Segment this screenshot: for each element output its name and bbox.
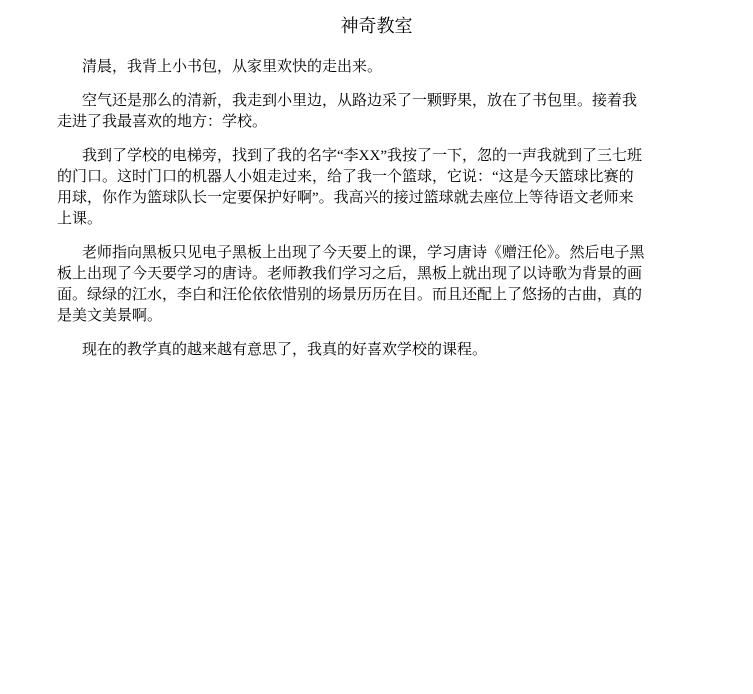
paragraph: 清晨，我背上小书包，从家里欢快的走出来。	[57, 57, 648, 78]
paragraph: 老师指向黑板只见电子黑板上出现了今天要上的课，学习唐诗《赠汪伦》。然后电子黑板上…	[57, 243, 648, 327]
paragraph: 现在的教学真的越来越有意思了，我真的好喜欢学校的课程。	[57, 340, 648, 361]
document-title: 神奇教室	[0, 13, 753, 39]
document-body: 清晨，我背上小书包，从家里欢快的走出来。 空气还是那么的清新，我走到小里边，从路…	[57, 57, 648, 361]
paragraph: 空气还是那么的清新，我走到小里边，从路边采了一颗野果，放在了书包里。接着我走进了…	[57, 91, 648, 133]
document-page: 神奇教室 清晨，我背上小书包，从家里欢快的走出来。 空气还是那么的清新，我走到小…	[0, 0, 753, 694]
paragraph: 我到了学校的电梯旁，找到了我的名字“李XX”我按了一下，忽的一声我就到了三七班的…	[57, 146, 648, 230]
